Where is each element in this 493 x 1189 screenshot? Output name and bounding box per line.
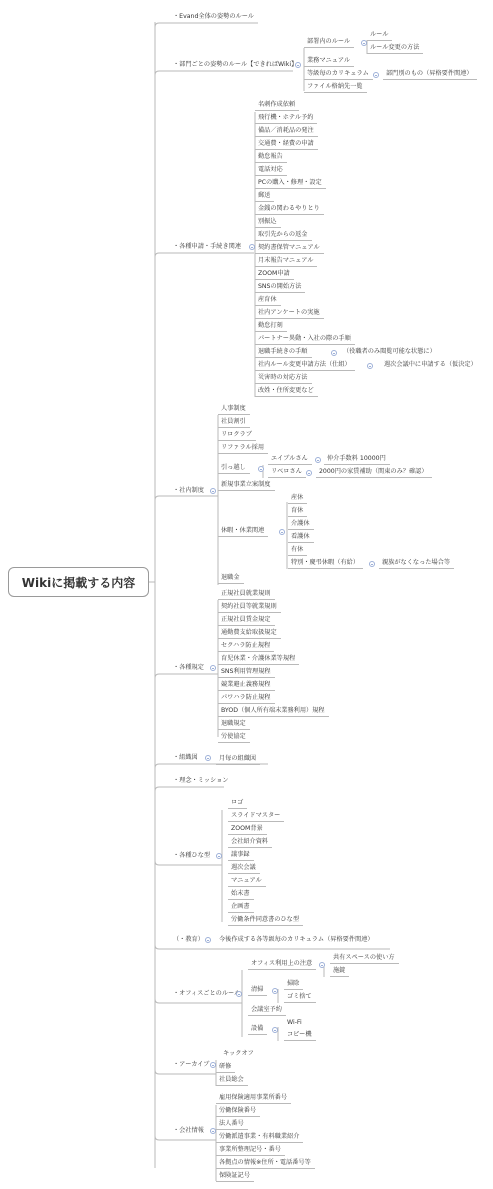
branch-education[interactable]: （・教育） xyxy=(170,936,208,945)
list-item[interactable]: 社内アンケートの実施 xyxy=(255,309,324,319)
collapse-icon[interactable] xyxy=(315,457,321,463)
list-item[interactable]: 勤怠打刻 xyxy=(255,322,287,332)
branch-archive[interactable]: ・アーカイブ xyxy=(170,1061,213,1070)
collapse-icon[interactable] xyxy=(319,962,325,968)
node-able-fee[interactable]: 仲介手数料 10000円 xyxy=(324,455,390,465)
node-cleaning[interactable]: 清掃 xyxy=(248,986,267,996)
list-item[interactable]: 有休 xyxy=(288,546,307,556)
list-item[interactable]: 別振込 xyxy=(255,218,281,228)
list-item[interactable]: ZOOM申請 xyxy=(255,270,294,280)
list-item[interactable]: 育児休業・介護休業等規程 xyxy=(218,655,299,665)
list-item[interactable]: 社員総会 xyxy=(216,1076,248,1086)
list-item-leave[interactable]: 休暇・休業関連 xyxy=(218,527,268,537)
list-item[interactable]: 企画書 xyxy=(228,903,254,913)
list-item[interactable]: 雇用保険適用事業所番号 xyxy=(216,1094,291,1104)
list-item-moving[interactable]: 引っ越し xyxy=(218,464,250,474)
collapse-icon[interactable] xyxy=(367,363,373,369)
list-item[interactable]: 労働保険番号 xyxy=(216,1107,260,1117)
node-rule-change[interactable]: ルール変更の方法 xyxy=(367,44,423,54)
branch-evand-rules[interactable]: ・Evand全体の姿勢のルール xyxy=(170,13,258,22)
list-item[interactable]: 今後作成する各等級毎のカリキュラム（昇格要件関連） xyxy=(216,936,378,945)
collapse-icon[interactable] xyxy=(216,853,222,859)
list-item[interactable]: 改姓・住所変更など xyxy=(255,387,318,397)
list-item[interactable]: 契約書保管マニュアル xyxy=(255,244,324,254)
list-item[interactable]: BYOD（個人所有端末業務利用）規程 xyxy=(218,707,329,717)
branch-office-rules[interactable]: ・オフィスごとのルール xyxy=(170,990,244,999)
list-item[interactable]: 法人番号 xyxy=(216,1120,248,1130)
collapse-icon[interactable] xyxy=(258,466,264,472)
collapse-icon[interactable] xyxy=(373,72,379,78)
list-item[interactable]: 月毎の組織図 xyxy=(216,755,260,765)
list-item[interactable]: 施錠 xyxy=(330,967,349,977)
list-item[interactable]: パートナー異動・入社の際の手順 xyxy=(255,335,355,345)
list-item[interactable]: 始末書 xyxy=(228,890,254,900)
mind-map-canvas: Wikiに掲載する内容 ・Evand全体の姿勢のルール ・部門ごとの姿勢のルール… xyxy=(0,0,493,1189)
node-rule[interactable]: ルール xyxy=(367,31,392,41)
list-item[interactable]: 掃除 xyxy=(284,980,303,990)
branch-mission[interactable]: ・理念・ミッション xyxy=(170,777,232,786)
list-item[interactable]: リロクラブ xyxy=(218,431,256,441)
list-item[interactable]: 交通費・経費の申請 xyxy=(255,140,318,150)
list-item[interactable]: 親族がなくなった場合等 xyxy=(379,559,454,569)
collapse-icon[interactable] xyxy=(331,350,337,356)
list-item[interactable]: 社員割引 xyxy=(218,418,250,428)
list-item[interactable]: 契約社員等就業規則 xyxy=(218,603,281,613)
list-item[interactable]: ロゴ xyxy=(228,799,247,809)
list-item[interactable]: 備品／消耗品の発注 xyxy=(255,127,318,137)
list-item[interactable]: 郵送 xyxy=(255,192,274,202)
list-item[interactable]: 各拠点の情報※住所・電話番号等 xyxy=(216,1159,315,1169)
list-item[interactable]: 新規事業立案制度 xyxy=(218,481,275,491)
list-item[interactable]: 飛行機・ホテル予約 xyxy=(255,114,317,124)
collapse-icon[interactable] xyxy=(272,1027,278,1033)
node-able[interactable]: エイブルさん xyxy=(268,455,312,465)
list-item[interactable]: パワハラ防止規程 xyxy=(218,694,275,704)
list-item[interactable]: 共有スペースの使い方 xyxy=(330,954,399,964)
list-item[interactable]: ZOOM背景 xyxy=(228,825,267,835)
collapse-icon[interactable] xyxy=(306,470,312,476)
list-item[interactable]: コピー機 xyxy=(284,1031,316,1041)
list-item[interactable]: ゴミ捨て xyxy=(284,993,316,1003)
list-item[interactable]: 社内ルール変更申請方法（仕組） xyxy=(255,361,355,371)
branch-applications[interactable]: ・各種申請・手続き関連 xyxy=(170,243,245,252)
list-item[interactable]: SNS利用管理規程 xyxy=(218,668,275,678)
list-item[interactable]: 育休 xyxy=(288,507,307,517)
node-office-usage[interactable]: オフィス利用上の注意 xyxy=(248,960,316,970)
list-item[interactable]: リファラル採用 xyxy=(218,444,268,454)
list-item[interactable]: 通勤費支給取扱規定 xyxy=(218,629,281,639)
list-item[interactable]: 看護休 xyxy=(288,533,314,543)
list-item[interactable]: 産育休 xyxy=(255,296,281,306)
list-item[interactable]: 労働条件同意書のひな型 xyxy=(228,916,303,926)
list-item[interactable]: 名刺作成依頼 xyxy=(255,101,299,111)
list-item[interactable]: 災害時の対応方法 xyxy=(255,374,312,384)
list-item[interactable]: PCの購入・修理・設定 xyxy=(255,179,326,189)
node-dept-internal-rules[interactable]: 部署内のルール xyxy=(304,38,354,48)
branch-company-info[interactable]: ・会社情報 xyxy=(170,1127,208,1136)
branch-dept-rules[interactable]: ・部門ごとの姿勢のルール【できればWiki】 xyxy=(170,61,301,70)
list-item[interactable]: 取引先からの返金 xyxy=(255,231,312,241)
list-item[interactable]: 正規社員就業規則 xyxy=(218,590,275,600)
list-item[interactable]: スライドマスター xyxy=(228,812,284,822)
list-item[interactable]: 保険証記号 xyxy=(216,1172,254,1182)
list-item[interactable]: 研修 xyxy=(216,1063,235,1073)
list-item[interactable]: 労使協定 xyxy=(218,733,250,743)
list-item[interactable]: キックオフ xyxy=(220,1050,258,1059)
list-item[interactable]: 会議室予約 xyxy=(248,1006,286,1016)
list-item[interactable]: 退職規定 xyxy=(218,720,250,730)
collapse-icon[interactable] xyxy=(205,937,211,943)
list-item-note[interactable]: 週次会議中に申請する（仮決定） xyxy=(381,361,481,370)
branch-regulations[interactable]: ・各種規定 xyxy=(170,664,208,673)
list-item[interactable]: 事業所整理記号・番号 xyxy=(216,1146,285,1156)
collapse-icon[interactable] xyxy=(369,561,375,567)
list-item[interactable]: 正規社員賃金規定 xyxy=(218,616,275,626)
root-node[interactable]: Wikiに掲載する内容 xyxy=(8,567,149,597)
list-item[interactable]: 退職金 xyxy=(218,574,244,584)
list-item-note[interactable]: （役職者のみ閲覧可能な状態に） xyxy=(340,348,440,357)
node-equipment[interactable]: 設備 xyxy=(248,1025,267,1035)
list-item[interactable]: 競業避止義務規程 xyxy=(218,681,275,691)
list-item[interactable]: 電話対応 xyxy=(255,166,287,176)
node-libero-subsidy[interactable]: 2000円の家賃補助（関東のみ？確認） xyxy=(316,468,432,478)
collapse-icon[interactable] xyxy=(279,529,285,535)
collapse-icon[interactable] xyxy=(210,665,216,671)
list-item[interactable]: 労働派遣事業・有料職業紹介 xyxy=(216,1133,303,1143)
collapse-icon[interactable] xyxy=(210,488,216,494)
list-item[interactable]: 産休 xyxy=(288,494,307,504)
collapse-icon[interactable] xyxy=(272,988,278,994)
list-item[interactable]: 勤怠報告 xyxy=(255,153,287,163)
list-item[interactable]: セクハラ防止規程 xyxy=(218,642,274,652)
node-file-location[interactable]: ファイル格納先一覧 xyxy=(304,83,367,93)
list-item[interactable]: 退職手続きの手順 xyxy=(255,348,312,358)
branch-internal-systems[interactable]: ・社内制度 xyxy=(170,487,208,496)
root-label: Wikiに掲載する内容 xyxy=(22,574,135,591)
node-libero[interactable]: リベロさん xyxy=(268,468,306,478)
node-dept-specific[interactable]: 部門別のもの（昇格要件関連） xyxy=(383,70,477,80)
list-item[interactable]: 人事制度 xyxy=(218,405,250,415)
list-item[interactable]: 介護休 xyxy=(288,520,314,530)
list-item[interactable]: 議事録 xyxy=(228,851,254,861)
list-item[interactable]: 金銭の関わるやりとり xyxy=(255,205,324,215)
branch-templates[interactable]: ・各種ひな型 xyxy=(170,852,214,861)
node-work-manual[interactable]: 業務マニュアル xyxy=(304,57,354,67)
node-grade-curriculum[interactable]: 等級毎のカリキュラム xyxy=(304,70,373,80)
branch-org-chart[interactable]: ・組織図 xyxy=(170,754,202,763)
list-item[interactable]: 特別・慶弔休暇（有給） xyxy=(288,559,363,569)
list-item[interactable]: 会社紹介資料 xyxy=(228,838,272,848)
list-item[interactable]: マニュアル xyxy=(228,877,266,887)
list-item[interactable]: 週次会議 xyxy=(228,864,260,874)
list-item[interactable]: 月末報告マニュアル xyxy=(255,257,317,267)
collapse-icon[interactable] xyxy=(205,755,211,761)
list-item[interactable]: Wi-Fi xyxy=(284,1019,306,1028)
collapse-icon[interactable] xyxy=(236,991,242,997)
list-item[interactable]: SNSの開始方法 xyxy=(255,283,305,293)
collapse-icon[interactable] xyxy=(295,62,301,68)
